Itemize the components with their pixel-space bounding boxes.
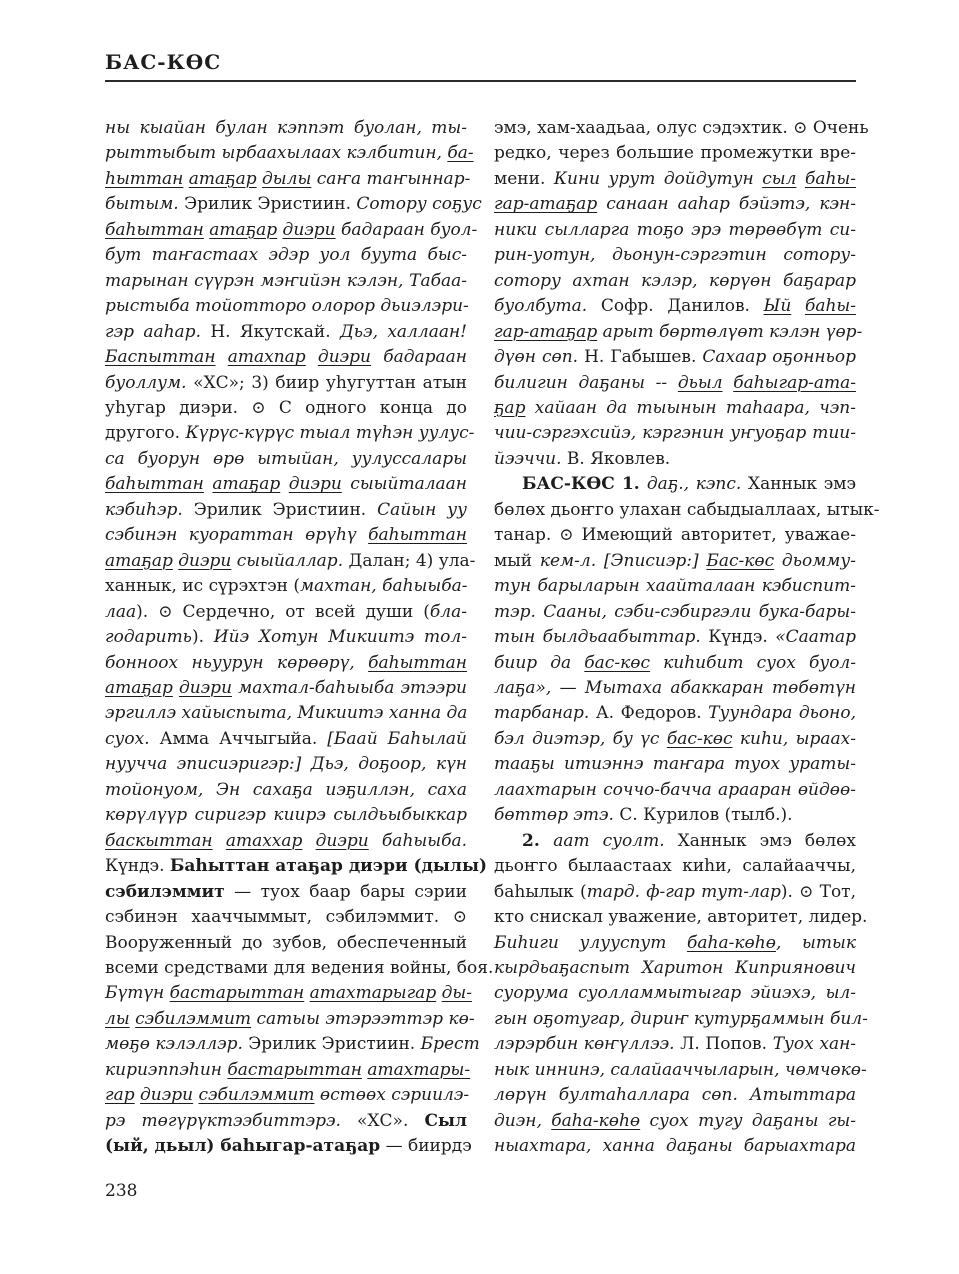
text-run: хайаан да тыынын таһаара, чэп-: [525, 398, 856, 418]
text-line: рыстыба тойотторо олорор дьиэлэри-: [105, 294, 467, 319]
text-line: гар-атаҕар арыт бөртөлүөт кэлэн үөр-: [494, 320, 856, 345]
text-line: сотору ахтан кэлэр, көрүөн баҕарар: [494, 269, 856, 294]
text-run: бэл диэтэр, бу үс: [494, 729, 667, 749]
underlined-term: диэри: [318, 347, 371, 367]
text-run: гэр ааһар.: [105, 322, 210, 342]
text-line: (ый, дьыл) баһыгар-атаҕар — биирдэ: [105, 1134, 467, 1159]
underlined-term: диэри: [289, 474, 342, 494]
underlined-term: ды-: [442, 983, 472, 1003]
text-line: лаахтарын соччо-бачча арааран өйдөө-: [494, 778, 856, 803]
text-run: мөҕө кэлэллэр.: [105, 1034, 248, 1054]
text-run: А. Федоров.: [596, 703, 708, 723]
text-run: бадараан: [371, 347, 467, 367]
text-run: сыыйталаан: [342, 474, 467, 494]
text-run: рыстыба тойотторо олорор дьиэлэри-: [105, 296, 469, 316]
text-line: билигин даҕаны -- дьыл баһыгар-ата-: [494, 371, 856, 396]
text-run: — биирдэ: [380, 1136, 472, 1156]
underlined-term: Баспыттан: [105, 347, 216, 367]
text-run: 2.: [522, 831, 553, 851]
text-run: йээччи.: [494, 449, 567, 469]
text-run: Ханнык эмэ бөлөх: [678, 831, 856, 851]
text-run: аат суолт.: [553, 831, 677, 851]
text-run: сыыйаллар.: [231, 551, 348, 571]
text-run: лаҕа», — Мытаха абаккаран төбөтүн: [494, 678, 856, 698]
text-run: лөрүн бултаһаллара сөп. Атыттара: [494, 1085, 856, 1105]
text-line: бөлөх дьоҥго улахан сабыдыаллаах, ытык-: [494, 498, 856, 523]
text-run: лаа: [105, 602, 136, 622]
text-run: Туундара дьоно,: [708, 703, 856, 723]
text-line: гар диэри сэбилэммит өстөөх сэриилэ-: [105, 1083, 467, 1108]
text-run: нуучча эписиэригэр:] Дьэ, доҕоор, күн: [105, 754, 467, 774]
underlined-term: атаҕар: [212, 474, 280, 494]
text-line: ныахтара, ханна даҕаны барыахтара: [494, 1134, 856, 1159]
text-run: бөлөх дьоҥго улахан сабыдыаллаах, ытык-: [494, 500, 880, 520]
text-run: «Саатар: [775, 627, 856, 647]
text-line: лэрэрбин көҥүллээ. Л. Попов. Туох хан-: [494, 1032, 856, 1057]
underlined-term: атаҕар: [105, 678, 173, 698]
text-line: бытым. Эрилик Эристиин. Сотору соҕус: [105, 192, 467, 217]
underlined-term: бастарыттан: [170, 983, 305, 1003]
text-run: (ый, дьыл) баһыгар-атаҕар: [105, 1136, 380, 1156]
text-line: бонноох ньуурун көрөөрү, баһыттан: [105, 651, 467, 676]
text-line: буоллум. «ХС»; 3) биир уһугуттан атын: [105, 371, 467, 396]
underlined-term: атаҕар: [189, 169, 257, 189]
text-run: бонноох ньуурун көрөөрү,: [105, 653, 368, 673]
text-line: гын оҕотугар, дириҥ кутурҕаммын бил-: [494, 1007, 856, 1032]
text-line: кэбиһэр. Эрилик Эристиин. Сайын уу: [105, 498, 467, 523]
underlined-term: диэри: [316, 831, 369, 851]
text-run: тарынан сүүрэн мэҥийэн кэлэн, Табаа-: [105, 271, 467, 291]
text-line: гар-атаҕар санаан ааһар бэйэтэ, кэн-: [494, 192, 856, 217]
underlined-term: диэри: [179, 678, 232, 698]
text-run: бытым.: [105, 194, 184, 214]
text-run: буолбута.: [494, 296, 601, 316]
text-run: киһибит суох буол-: [650, 653, 856, 673]
text-line: диэн, баһа-көһө суох тугу даҕаны гы-: [494, 1109, 856, 1134]
text-run: кириэппэһин: [105, 1060, 227, 1080]
text-run: БАС-КӨС 1.: [522, 474, 647, 494]
text-run: тарбанар.: [494, 703, 596, 723]
text-line: эргиллэ хайыспыта, Микиитэ ханна да: [105, 701, 467, 726]
underlined-term: ба-: [447, 143, 473, 163]
text-line: баскыттан атаххар диэри баһыыба.: [105, 829, 467, 854]
text-run: ныахтара, ханна даҕаны барыахтара: [494, 1136, 856, 1156]
underlined-term: бастарыттан: [227, 1060, 362, 1080]
text-run: дьомму-: [774, 551, 856, 571]
text-run: даҕ., кэпс.: [647, 474, 748, 494]
underlined-term: бас-көс: [667, 729, 733, 749]
text-run: арыт бөртөлүөт кэлэн үөр-: [597, 322, 862, 342]
underlined-term: сыл: [762, 169, 796, 189]
text-run: Күрүс-күрүс тыал түһэн уулус-: [185, 423, 474, 443]
text-line: баһыттан атаҕар диэри сыыйталаан: [105, 472, 467, 497]
text-run: Сыл: [424, 1111, 467, 1131]
text-line: көрүлүүр сиригэр киирэ сылдьыбыккар: [105, 803, 467, 828]
text-run: суох тугу даҕаны гы-: [640, 1111, 856, 1131]
text-line: тарынан сүүрэн мэҥийэн кэлэн, Табаа-: [105, 269, 467, 294]
underlined-term: Бас-көс: [706, 551, 774, 571]
text-run: Л. Попов.: [680, 1034, 772, 1054]
underlined-term: дылы: [262, 169, 311, 189]
text-line: танар. ⊙ Имеющий авторитет, уважае-: [494, 523, 856, 548]
text-run: кто снискал уважение, авторитет, лидер.: [494, 907, 867, 927]
underlined-term: атаҕар: [105, 551, 173, 571]
text-line: дүөн сөп. Н. Габышев. Сахаар оҕонньор: [494, 345, 856, 370]
text-run: Бүтүн: [105, 983, 170, 1003]
text-run: — туох баар бары сэрии: [225, 882, 467, 902]
text-run: тэр. Сааны, сэби-сэбиргэли бука-бары-: [494, 602, 856, 622]
text-run: тааҕы итиэннэ таҥара туох ураты-: [494, 754, 856, 774]
text-line: кто снискал уважение, авторитет, лидер.: [494, 905, 856, 930]
underlined-term: баһыттан: [105, 220, 204, 240]
text-run: санаан ааһар бэйэтэ, кэн-: [597, 194, 856, 214]
text-run: Н. Габышев.: [584, 347, 702, 367]
underlined-term: баһы-: [805, 169, 856, 189]
text-line: Бүтүн бастарыттан атахтарыгар ды-: [105, 981, 467, 1006]
text-line: рэ төгүрүктээбиттэрэ. «ХС». Сыл: [105, 1109, 467, 1134]
text-line: ники сылларга тоҕо эрэ төрөөбүт си-: [494, 218, 856, 243]
text-line: тойонуом, Эн сахаҕа иэҕиллэн, саха: [105, 778, 467, 803]
text-run: бла-: [430, 602, 467, 622]
text-run: «ХС».: [357, 1111, 424, 1131]
text-run: сатыы этэрээттэр кө-: [251, 1009, 475, 1029]
text-run: кэбиһэр.: [105, 500, 194, 520]
text-run: саҥа таҥыннар-: [311, 169, 470, 189]
text-line: кириэппэһин бастарыттан атахтары-: [105, 1058, 467, 1083]
text-run: Баһыттан атаҕар диэри (дылы): [170, 856, 487, 876]
underlined-term: ҕар: [494, 398, 525, 418]
text-run: суорума суолламмытыгар эйиэхэ, ыл-: [494, 983, 856, 1003]
page-number: 238: [105, 1181, 137, 1201]
underlined-term: атаххар: [226, 831, 303, 851]
text-run: мени.: [494, 169, 554, 189]
text-run: кем-л. [Эписиэр:]: [540, 551, 707, 571]
text-line: БАС-КӨС 1. даҕ., кэпс. Ханнык эмэ: [494, 472, 856, 497]
underlined-term: баһыгар-ата-: [733, 373, 856, 393]
text-line: уһугар диэри. ⊙ С одного конца до: [105, 396, 467, 421]
text-run: В. Яковлев.: [567, 449, 670, 469]
text-line: суох. Амма Аччыгыйа. [Баай Баһылай: [105, 727, 467, 752]
text-run: Н. Якутскай.: [210, 322, 340, 342]
text-run: Далан; 4) ула-: [349, 551, 476, 571]
text-run: сэбинэн куораттан өрүһү: [105, 525, 368, 545]
text-run: ны кыайан булан кэппэт буолан, ты-: [105, 118, 467, 138]
text-run: ).: [192, 627, 214, 647]
text-run: уһугар диэри. ⊙ С одного конца до: [105, 398, 467, 418]
text-run: ). ⊙ Сердечно, от всей души (: [136, 602, 430, 622]
text-line: баһылык (тард. ф-гар тут-лар). ⊙ Тот,: [494, 880, 856, 905]
underlined-term: баһа-көһө: [551, 1111, 640, 1131]
underlined-term: баскыттан: [105, 831, 213, 851]
underlined-term: Ый: [764, 296, 792, 316]
text-run: бадараан буол-: [336, 220, 478, 240]
text-line: суорума суолламмытыгар эйиэхэ, ыл-: [494, 981, 856, 1006]
text-line: редко, через большие промежутки вре-: [494, 141, 856, 166]
text-run: тойонуом, Эн сахаҕа иэҕиллэн, саха: [105, 780, 467, 800]
running-head: БАС-КӨС: [105, 50, 221, 74]
text-run: , ытык: [776, 933, 856, 953]
text-line: всеми средствами для ведения войны, боя.: [105, 956, 467, 981]
underlined-term: лы: [105, 1009, 130, 1029]
underlined-term: сэбилэммит: [135, 1009, 251, 1029]
text-run: Амма Аччыгыйа.: [160, 729, 328, 749]
text-run: баһыыба.: [369, 831, 467, 851]
text-line: бэл диэтэр, бу үс бас-көс киһи, ыраах-: [494, 727, 856, 752]
underlined-term: сэбилэммит: [199, 1085, 315, 1105]
text-run: эмэ, хам-хаадьаа, олус сэдэхтик. ⊙ Очень: [494, 118, 869, 138]
text-run: суох.: [105, 729, 160, 749]
text-run: тын былдьаабыттар.: [494, 627, 708, 647]
text-run: гын оҕотугар, дириҥ кутурҕаммын бил-: [494, 1009, 868, 1029]
text-line: гэр ааһар. Н. Якутскай. Дьэ, халлаан!: [105, 320, 467, 345]
text-line: Баспыттан атахпар диэри бадараан: [105, 345, 467, 370]
text-line: рыттыбыт ырбаахылаах кэлбитин, ба-: [105, 141, 467, 166]
text-line: тааҕы итиэннэ таҥара туох ураты-: [494, 752, 856, 777]
underlined-term: дьыл: [678, 373, 723, 393]
text-run: сотору ахтан кэлэр, көрүөн баҕарар: [494, 271, 856, 291]
text-line: годарить). Ийэ Хотун Микиитэ тол-: [105, 625, 467, 650]
text-run: мый: [494, 551, 540, 571]
text-run: чии-сэргэхсийэ, кэргэнин уҥуоҕар тии-: [494, 423, 856, 443]
text-run: биир да: [494, 653, 584, 673]
text-line: һыттан атаҕар дылы саҥа таҥыннар-: [105, 167, 467, 192]
text-run: дьоҥго былаастаах киһи, салайааччы,: [494, 856, 856, 876]
text-line: эмэ, хам-хаадьаа, олус сэдэхтик. ⊙ Очень: [494, 116, 856, 141]
text-line: биир да бас-көс киһибит суох буол-: [494, 651, 856, 676]
text-line: сэбинэн хааччыммыт, сэбилэммит. ⊙: [105, 905, 467, 930]
underlined-term: гар-атаҕар: [494, 194, 597, 214]
text-run: сэбилэммит: [105, 882, 225, 902]
text-run: Вооруженный до зубов, обеспеченный: [105, 933, 467, 953]
text-line: сэбинэн куораттан өрүһү баһыттан: [105, 523, 467, 548]
text-run: «ХС»; 3) биир уһугуттан атын: [193, 373, 467, 393]
underlined-term: атаҕар: [209, 220, 277, 240]
text-run: Сотору соҕус: [356, 194, 481, 214]
text-line: баһыттан атаҕар диэри бадараан буол-: [105, 218, 467, 243]
text-line: нык иннинэ, салайааччыларын, чөмчөкө-: [494, 1058, 856, 1083]
text-line: са буорун өрө ытыйан, уулуссалары: [105, 447, 467, 472]
text-run: Сайын уу: [377, 500, 467, 520]
underlined-term: бас-көс: [584, 653, 650, 673]
column-left: ны кыайан булан кэппэт буолан, ты-рыттыб…: [105, 116, 467, 1160]
text-run: баһылык (: [494, 882, 587, 902]
text-line: рин-уотун, дьонун-сэргэтин сотору-: [494, 243, 856, 268]
dictionary-page: БАС-КӨС ны кыайан булан кэппэт буолан, т…: [0, 0, 959, 1274]
text-run: Туох хан-: [773, 1034, 856, 1054]
text-line: Күндэ. Баһыттан атаҕар диэри (дылы): [105, 854, 467, 879]
text-line: мөҕө кэлэллэр. Эрилик Эристиин. Брест: [105, 1032, 467, 1057]
text-line: лы сэбилэммит сатыы этэрээттэр кө-: [105, 1007, 467, 1032]
text-run: махтал-баһыыба этээри: [232, 678, 467, 698]
text-run: билигин даҕаны --: [494, 373, 678, 393]
text-run: Ийэ Хотун Микиитэ тол-: [214, 627, 467, 647]
underlined-term: баһыттан: [368, 653, 467, 673]
text-run: нык иннинэ, салайааччыларын, чөмчөкө-: [494, 1060, 867, 1080]
text-run: ники сылларга тоҕо эрэ төрөөбүт си-: [494, 220, 856, 240]
text-line: Вооруженный до зубов, обеспеченный: [105, 931, 467, 956]
text-line: атаҕар диэри сыыйаллар. Далан; 4) ула-: [105, 549, 467, 574]
text-run: ханнык, ис сүрэхтэн (: [105, 576, 300, 596]
underlined-term: гар-атаҕар: [494, 322, 597, 342]
text-line: лаа). ⊙ Сердечно, от всей души (бла-: [105, 600, 467, 625]
text-line: тын былдьаабыттар. Күндэ. «Саатар: [494, 625, 856, 650]
text-run: махтан, баһыыба-: [300, 576, 468, 596]
text-run: бут таҥастаах эдэр уол буута быс-: [105, 245, 467, 265]
text-line: лаҕа», — Мытаха абаккаран төбөтүн: [494, 676, 856, 701]
text-run: рыттыбыт ырбаахылаах кэлбитин,: [105, 143, 447, 163]
text-line: лөрүн бултаһаллара сөп. Атыттара: [494, 1083, 856, 1108]
text-run: рэ төгүрүктээбиттэрэ.: [105, 1111, 357, 1131]
underlined-term: баһыттан: [368, 525, 467, 545]
text-line: дьоҥго былаастаах киһи, салайааччы,: [494, 854, 856, 879]
text-line: мени. Кини урут дойдутун сыл баһы-: [494, 167, 856, 192]
text-run: всеми средствами для ведения войны, боя.: [105, 958, 493, 978]
text-line: чии-сэргэхсийэ, кэргэнин уҥуоҕар тии-: [494, 421, 856, 446]
text-line: тэр. Сааны, сэби-сэбиргэли бука-бары-: [494, 600, 856, 625]
underlined-term: атахтарыгар: [310, 983, 437, 1003]
text-run: тард. ф-гар тут-лар: [587, 882, 781, 902]
underlined-term: гар: [105, 1085, 135, 1105]
text-run: эргиллэ хайыспыта, Микиитэ ханна да: [105, 703, 467, 723]
text-run: Дьэ, халлаан!: [340, 322, 467, 342]
text-line: ханнык, ис сүрэхтэн (махтан, баһыыба-: [105, 574, 467, 599]
text-line: йээччи. В. Яковлев.: [494, 447, 856, 472]
text-run: Ханнык эмэ: [748, 474, 856, 494]
text-run: өстөөх сэриилэ-: [314, 1085, 469, 1105]
text-block: ны кыайан булан кэппэт буолан, ты-рыттыб…: [105, 116, 856, 1160]
text-run: Биһиги улууспут: [494, 933, 687, 953]
text-run: С. Курилов (тылб.).: [619, 805, 792, 825]
text-run: Күндэ.: [105, 856, 170, 876]
text-line: ҕар хайаан да тыынын таһаара, чэп-: [494, 396, 856, 421]
text-line: бут таҥастаах эдэр уол буута быс-: [105, 243, 467, 268]
text-run: бөттөр этэ.: [494, 805, 619, 825]
text-line: мый кем-л. [Эписиэр:] Бас-көс дьомму-: [494, 549, 856, 574]
text-run: дүөн сөп.: [494, 347, 584, 367]
text-line: тун барыларын хаайталаан кэбиспит-: [494, 574, 856, 599]
text-run: Сахаар оҕонньор: [702, 347, 856, 367]
text-run: сэбинэн хааччыммыт, сэбилэммит. ⊙: [105, 907, 467, 927]
text-run: Кини урут дойдутун: [554, 169, 762, 189]
text-run: [Баай Баһылай: [327, 729, 467, 749]
text-run: Эрилик Эристиин.: [184, 194, 356, 214]
text-line: кырдьаҕаспыт Харитон Киприянович: [494, 956, 856, 981]
underlined-term: атахтары-: [367, 1060, 470, 1080]
underlined-term: диэри: [140, 1085, 193, 1105]
text-line: Биһиги улууспут баһа-көһө, ытык: [494, 931, 856, 956]
underlined-term: һыттан: [105, 169, 183, 189]
text-line: 2. аат суолт. Ханнык эмэ бөлөх: [494, 829, 856, 854]
text-run: другого.: [105, 423, 185, 443]
text-run: кырдьаҕаспыт Харитон Киприянович: [494, 958, 856, 978]
underlined-term: диэри: [178, 551, 231, 571]
underlined-term: баһыттан: [105, 474, 204, 494]
text-run: годарить: [105, 627, 192, 647]
text-run: буоллум.: [105, 373, 193, 393]
text-run: Брест: [421, 1034, 480, 1054]
text-run: тун барыларын хаайталаан кэбиспит-: [494, 576, 856, 596]
text-run: лаахтарын соччо-бачча арааран өйдөө-: [494, 780, 856, 800]
text-line: другого. Күрүс-күрүс тыал түһэн уулус-: [105, 421, 467, 446]
underlined-term: атахпар: [228, 347, 306, 367]
text-line: сэбилэммит — туох баар бары сэрии: [105, 880, 467, 905]
text-run: Күндэ.: [708, 627, 775, 647]
text-run: диэн,: [494, 1111, 551, 1131]
text-run: көрүлүүр сиригэр киирэ сылдьыбыккар: [105, 805, 467, 825]
text-line: тарбанар. А. Федоров. Туундара дьоно,: [494, 701, 856, 726]
text-line: бөттөр этэ. С. Курилов (тылб.).: [494, 803, 856, 828]
underlined-term: баһа-көһө: [687, 933, 776, 953]
column-right: эмэ, хам-хаадьаа, олус сэдэхтик. ⊙ Очень…: [494, 116, 856, 1160]
text-line: нуучча эписиэригэр:] Дьэ, доҕоор, күн: [105, 752, 467, 777]
underlined-term: диэри: [283, 220, 336, 240]
text-run: ). ⊙ Тот,: [781, 882, 856, 902]
text-run: лэрэрбин көҥүллээ.: [494, 1034, 680, 1054]
text-run: Эрилик Эристиин.: [248, 1034, 420, 1054]
text-run: киһи, ыраах-: [733, 729, 856, 749]
text-line: атаҕар диэри махтал-баһыыба этээри: [105, 676, 467, 701]
text-run: Софр. Данилов.: [601, 296, 764, 316]
text-run: танар. ⊙ Имеющий авторитет, уважае-: [494, 525, 856, 545]
text-line: буолбута. Софр. Данилов. Ый баһы-: [494, 294, 856, 319]
text-run: са буорун өрө ытыйан, уулуссалары: [105, 449, 467, 469]
text-line: ны кыайан булан кэппэт буолан, ты-: [105, 116, 467, 141]
text-run: рин-уотун, дьонун-сэргэтин сотору-: [494, 245, 856, 265]
text-run: Эрилик Эристиин.: [194, 500, 377, 520]
underlined-term: баһы-: [805, 296, 856, 316]
text-run: редко, через большие промежутки вре-: [494, 143, 856, 163]
header-rule: [105, 80, 856, 82]
